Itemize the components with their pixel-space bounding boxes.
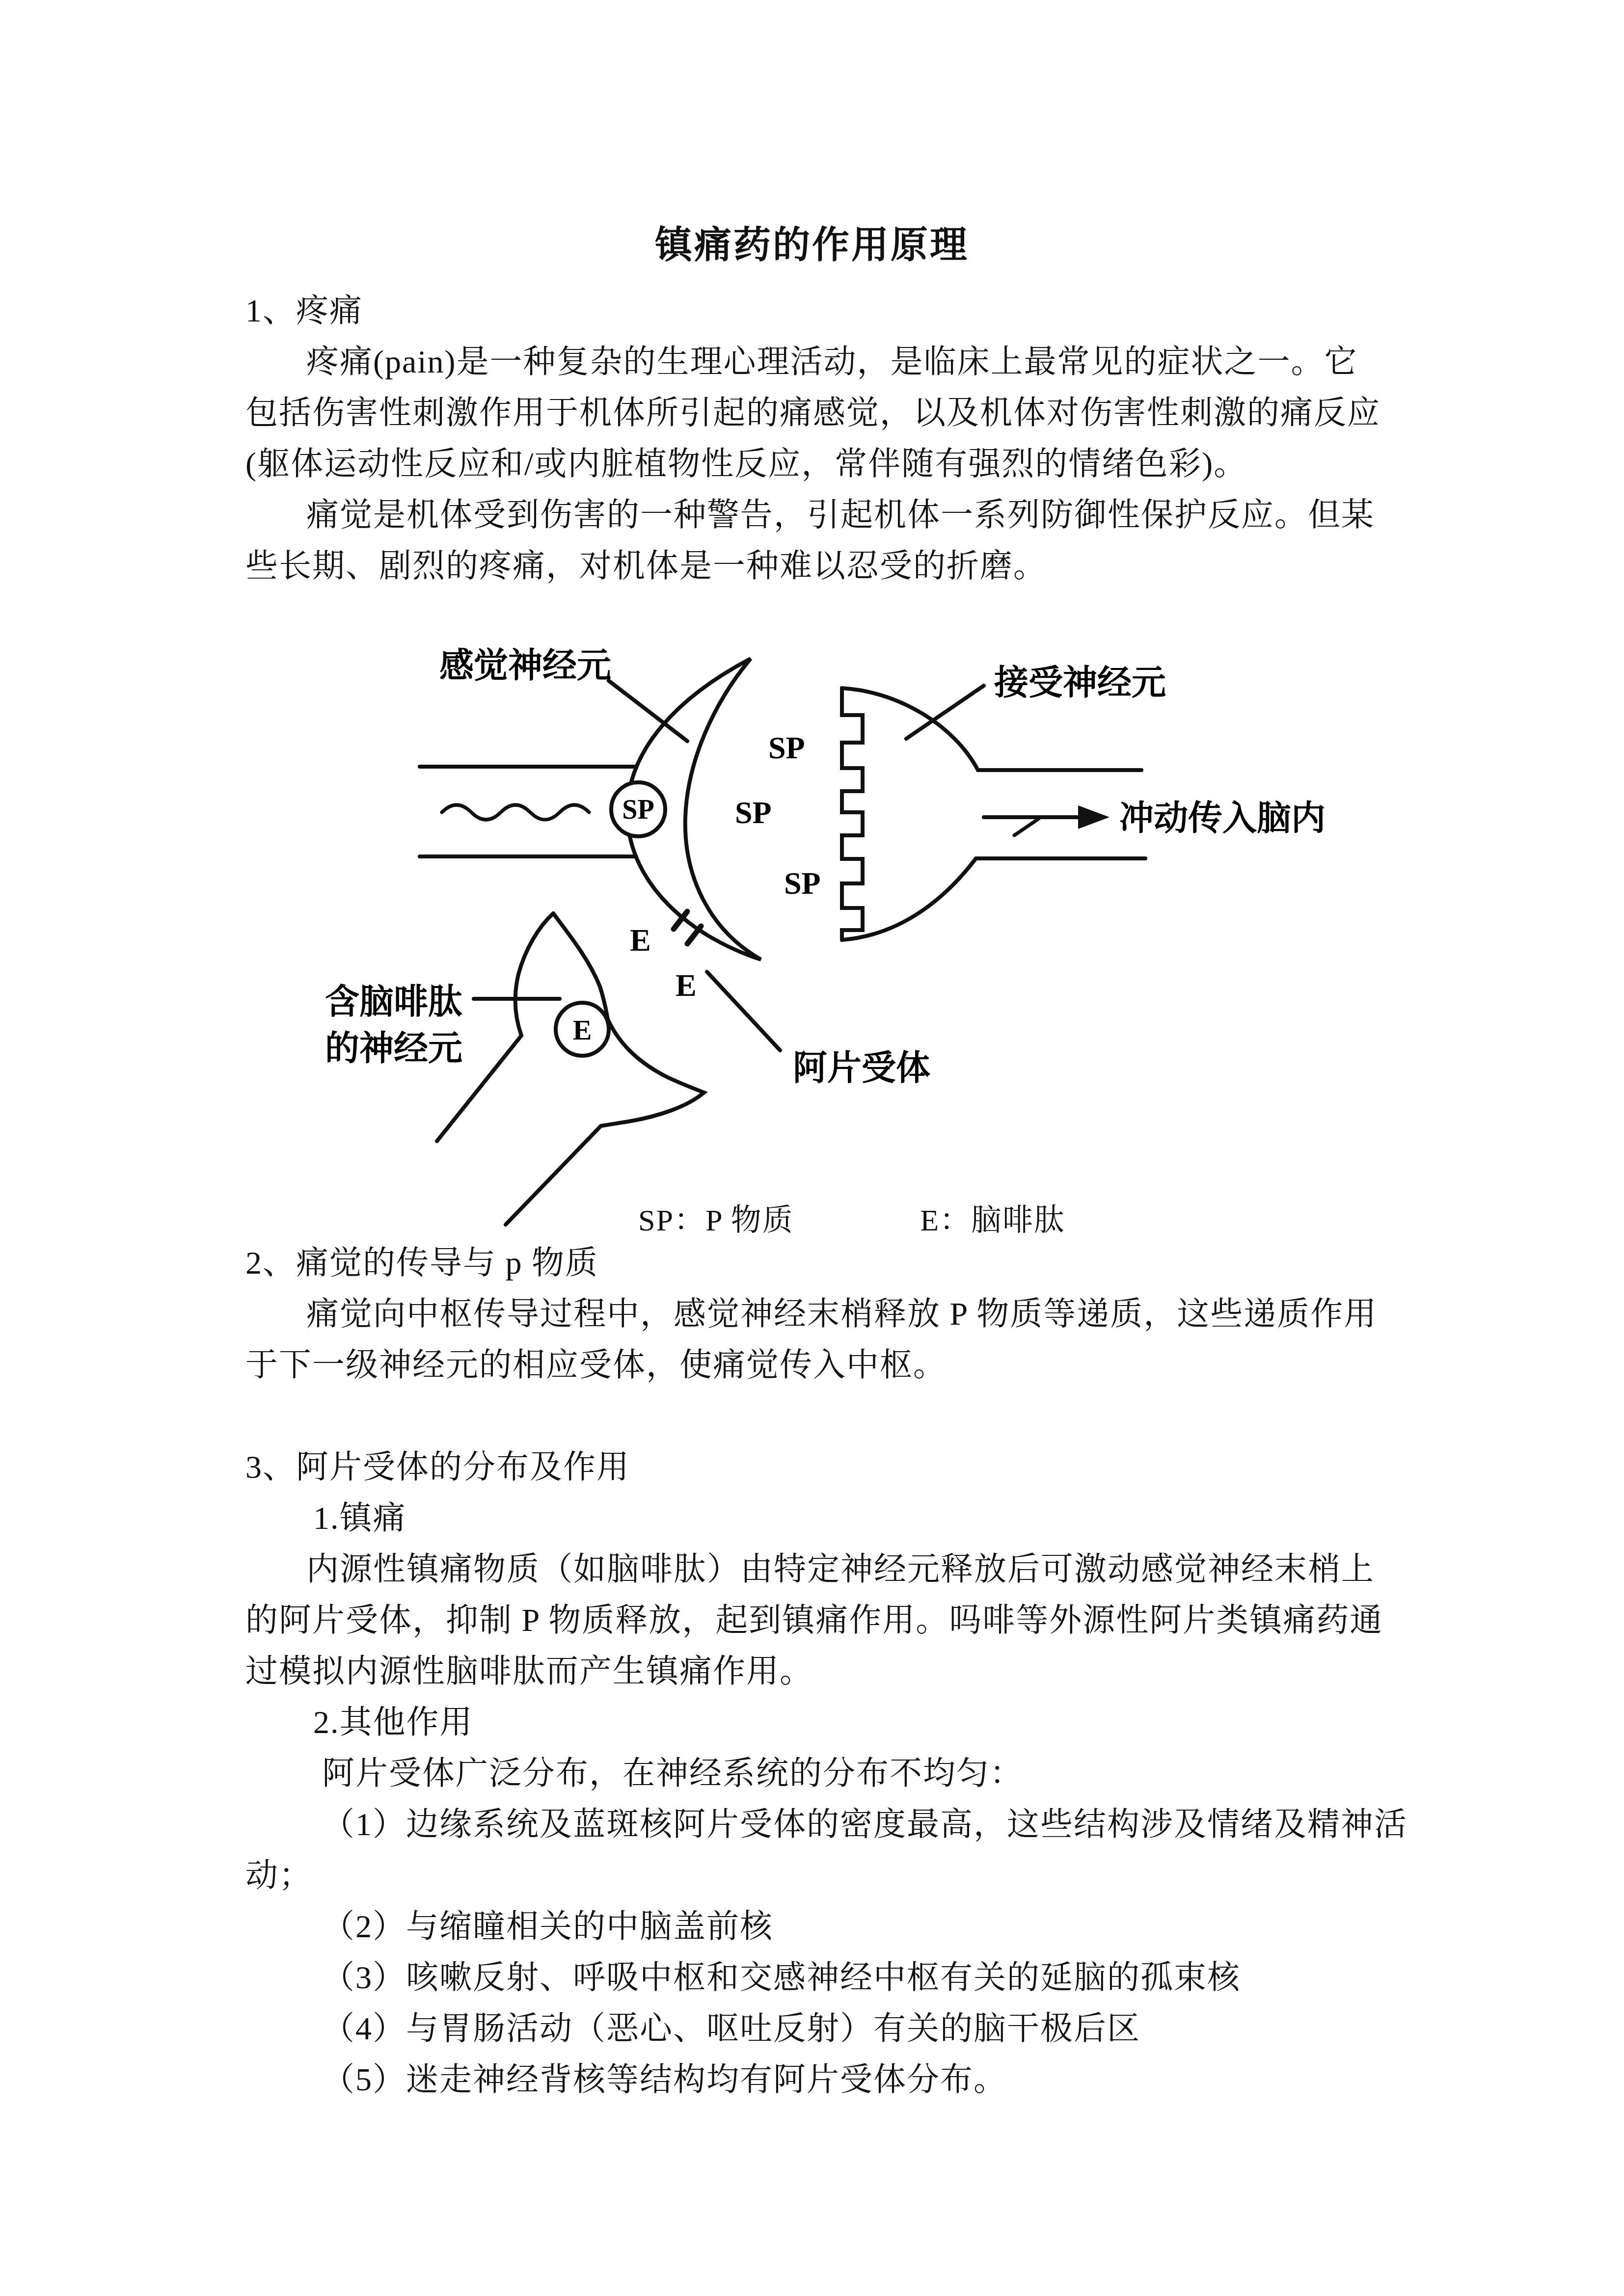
text-line: 痛觉是机体受到伤害的一种警告，引起机体一系列防御性保护反应。但某 [245,490,1434,541]
enkephalin-neuron-left-outline [437,913,553,1141]
text-line: 3、阿片受体的分布及作用 [245,1442,1434,1493]
text-line: 内源性镇痛物质（如脑啡肽）由特定神经元释放后可激动感觉神经末梢上 [245,1544,1434,1595]
opioid-receptor-pointer [707,972,780,1050]
sp-release-label-2: SP [735,795,772,830]
page-title: 镇痛药的作用原理 [0,215,1624,268]
synapse-diagram: 感觉神经元 接受神经元 冲动传入脑内 含脑啡肽 的神经元 阿片受体 SP E S… [295,621,1424,1244]
opioid-receptor-label: 阿片受体 [793,1050,930,1088]
e-vesicle-text: E [573,1014,592,1046]
impulse-arrow-head [1078,805,1110,829]
sp-vesicle-text: SP [622,795,654,825]
text-line: 疼痛(pain)是一种复杂的生理心理活动，是临床上最常见的症状之一。它 [245,337,1434,388]
text-line: 2.其他作用 [245,1697,1434,1748]
text-line: 的阿片受体，抑制 P 物质释放，起到镇痛作用。吗啡等外源性阿片类镇痛药通 [245,1595,1434,1646]
document-page: { "title": "镇痛药的作用原理", "top": [ "1、疼痛", … [0,0,1624,2296]
paragraph-sections-2-3: 2、痛觉的传导与 p 物质 痛觉向中枢传导过程中，感觉神经末梢释放 P 物质等递… [245,1238,1434,2106]
caption-e-legend: E：脑啡肽 [920,1196,1065,1239]
text-line: （3）咳嗽反射、呼吸中枢和交感神经中枢有关的延脑的孤束核 [245,1952,1434,2003]
text-line: 些长期、剧烈的疼痛，对机体是一种难以忍受的折磨。 [245,541,1434,592]
postsynaptic-comb-membrane [842,688,863,940]
enkephalin-neuron-label-line2: 的神经元 [325,1030,462,1068]
impulse-wave-line [442,805,589,820]
text-line: 过模拟内源性脑啡肽而产生镇痛作用。 [245,1646,1434,1697]
receiving-neuron-label: 接受神经元 [994,664,1166,702]
e-release-label-1: E [630,923,651,958]
sp-release-label-1: SP [768,730,805,765]
impulse-to-brain-label: 冲动传入脑内 [1119,800,1326,838]
text-line: 2、痛觉的传导与 p 物质 [245,1238,1434,1289]
synapse-figure: 感觉神经元 接受神经元 冲动传入脑内 含脑啡肽 的神经元 阿片受体 SP E S… [295,621,1424,1244]
text-line: 于下一级神经元的相应受体，使痛觉传入中枢。 [245,1340,1434,1391]
receiving-neuron-bottom-outline [842,858,1145,940]
text-line: 痛觉向中枢传导过程中，感觉神经末梢释放 P 物质等递质，这些递质作用 [245,1289,1434,1340]
arrow-tick-mark [1014,819,1039,835]
paragraph-pain: 1、疼痛 疼痛(pain)是一种复杂的生理心理活动，是临床上最常见的症状之一。它… [245,286,1434,592]
text-line: 包括伤害性刺激作用于机体所引起的痛感觉，以及机体对伤害性刺激的痛反应 [245,388,1434,439]
text-line: （4）与胃肠活动（恶心、呕吐反射）有关的脑干极后区 [245,2003,1434,2055]
text-line: （2）与缩瞳相关的中脑盖前核 [245,1901,1434,1952]
text-line: 1.镇痛 [245,1493,1434,1544]
text-line: 1、疼痛 [245,286,1434,337]
enkephalin-neuron-right-outline [506,913,704,1225]
text-line: （1）边缘系统及蓝斑核阿片受体的密度最高，这些结构涉及情绪及精神活 [245,1799,1434,1850]
text-line: 动； [245,1850,1434,1901]
text-line [245,1391,1434,1442]
text-line: (躯体运动性反应和/或内脏植物性反应，常伴随有强烈的情绪色彩)。 [245,439,1434,490]
sensory-neuron-label: 感觉神经元 [439,647,611,685]
caption-sp-legend: SP：P 物质 [638,1196,794,1239]
sp-release-label-3: SP [784,866,821,901]
text-line: 阿片受体广泛分布，在神经系统的分布不均匀： [245,1748,1434,1799]
enkephalin-neuron-label-line1: 含脑啡肽 [325,984,462,1021]
e-release-label-2: E [676,968,697,1003]
text-line: （5）迷走神经背核等结构均有阿片受体分布。 [245,2055,1434,2106]
